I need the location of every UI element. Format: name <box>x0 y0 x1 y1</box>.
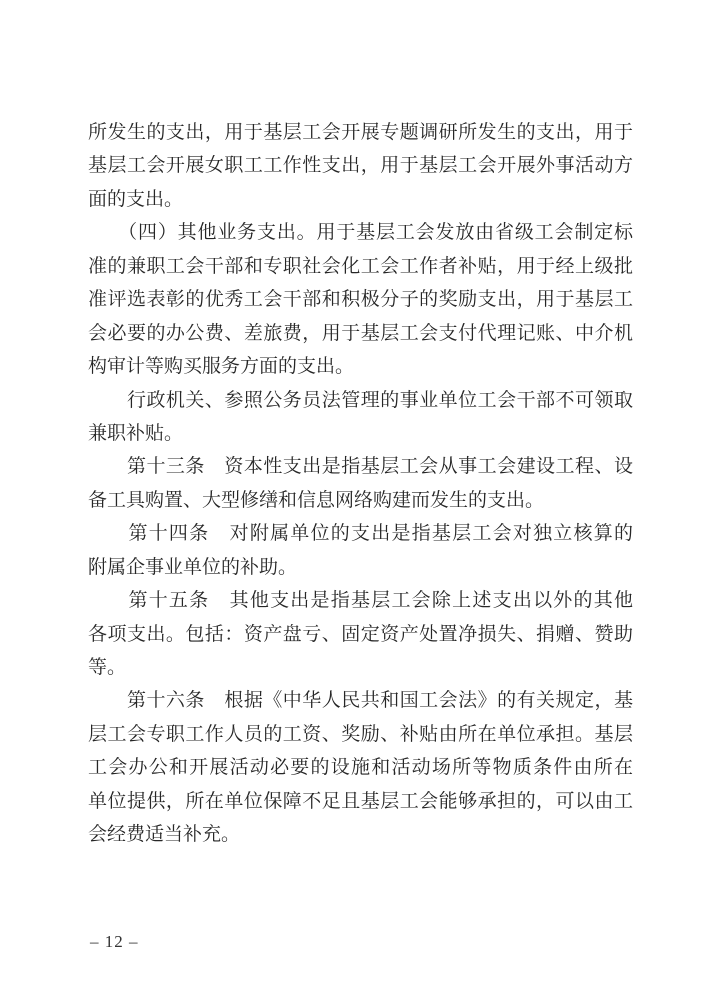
text-line-article-14: 第十四条 对附属单位的支出是指基层工会对独立核算的 <box>88 517 633 550</box>
text-line: 兼职补贴。 <box>88 417 633 450</box>
text-line: 所发生的支出，用于基层工会开展专题调研所发生的支出，用于 <box>88 116 633 149</box>
text-line: 面的支出。 <box>88 183 633 216</box>
page-number: – 12 – <box>90 930 139 954</box>
text-line-article-13: 第十三条 资本性支出是指基层工会从事工会建设工程、设 <box>88 450 633 483</box>
text-line: 会必要的办公费、差旅费，用于基层工会支付代理记账、中介机 <box>88 317 633 350</box>
text-line: 备工具购置、大型修缮和信息网络购建而发生的支出。 <box>88 484 633 517</box>
text-line: 会经费适当补充。 <box>88 818 633 851</box>
text-line: 层工会专职工作人员的工资、奖励、补贴由所在单位承担。基层 <box>88 718 633 751</box>
document-page: 所发生的支出，用于基层工会开展专题调研所发生的支出，用于 基层工会开展女职工工作… <box>0 0 720 987</box>
text-line: 工会办公和开展活动必要的设施和活动场所等物质条件由所在 <box>88 751 633 784</box>
text-line: 准评选表彰的优秀工会干部和积极分子的奖励支出，用于基层工 <box>88 283 633 316</box>
text-line: 各项支出。包括：资产盘亏、固定资产处置净损失、捐赠、赞助 <box>88 618 633 651</box>
text-line: 基层工会开展女职工工作性支出，用于基层工会开展外事活动方 <box>88 149 633 182</box>
text-line: 附属企事业单位的补助。 <box>88 551 633 584</box>
text-line: 单位提供，所在单位保障不足且基层工会能够承担的，可以由工 <box>88 785 633 818</box>
text-line: 准的兼职工会干部和专职社会化工会工作者补贴，用于经上级批 <box>88 250 633 283</box>
text-line: 等。 <box>88 651 633 684</box>
text-line-article-16: 第十六条 根据《中华人民共和国工会法》的有关规定，基 <box>88 684 633 717</box>
text-line: 构审计等购买服务方面的支出。 <box>88 350 633 383</box>
text-line-article-15: 第十五条 其他支出是指基层工会除上述支出以外的其他 <box>88 584 633 617</box>
document-body-text: 所发生的支出，用于基层工会开展专题调研所发生的支出，用于 基层工会开展女职工工作… <box>88 116 633 852</box>
text-line: （四）其他业务支出。用于基层工会发放由省级工会制定标 <box>88 216 633 249</box>
text-line: 行政机关、参照公务员法管理的事业单位工会干部不可领取 <box>88 384 633 417</box>
